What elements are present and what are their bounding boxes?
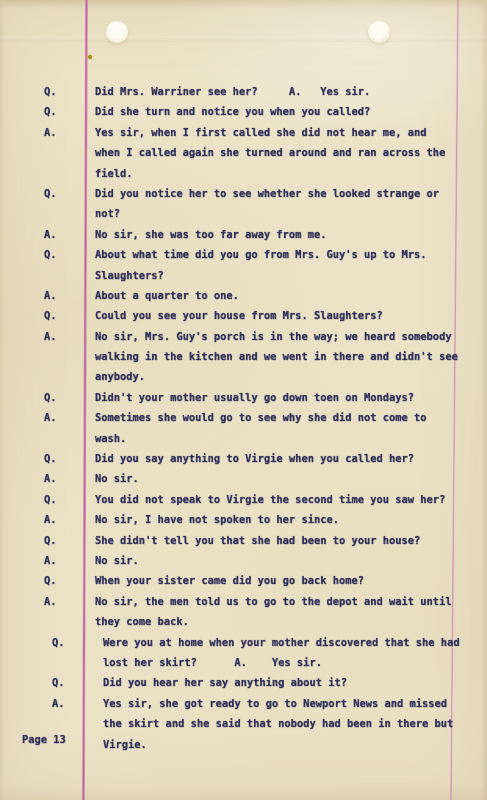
transcript-line: Q. Could you see your house from Mrs. Sl… xyxy=(44,306,468,326)
speaker-label xyxy=(44,204,95,224)
transcript-line: A. No sir, Mrs. Guy's porch is in the wa… xyxy=(44,327,468,347)
line-text: the skirt and she said that nobody had b… xyxy=(103,714,453,734)
speaker-label: A. xyxy=(44,408,95,428)
speaker-label xyxy=(44,612,95,632)
line-text: No sir. xyxy=(95,469,139,489)
transcript-line: field. xyxy=(44,164,468,184)
speaker-label xyxy=(44,429,95,449)
line-text: She didn't tell you that she had been to… xyxy=(95,531,420,551)
line-text: When your sister came did you go back ho… xyxy=(95,571,364,591)
transcript-line: Q. Were you at home when your mother dis… xyxy=(52,633,468,653)
transcript-line: A. No sir. xyxy=(44,551,468,571)
transcript-line: when I called again she turned around an… xyxy=(44,143,468,163)
line-text: No sir, I have not spoken to her since. xyxy=(95,510,339,530)
line-text: Virgie. xyxy=(103,735,147,755)
transcript-line: Q. Didn't your mother usually go down to… xyxy=(44,388,468,408)
line-text: they come back. xyxy=(95,612,189,632)
speaker-label xyxy=(44,347,95,367)
line-text: Sometimes she would go to see why she di… xyxy=(95,408,427,428)
transcript-line: Q. Did she turn and notice you when you … xyxy=(44,102,468,122)
transcript-line: A. No sir, she was too far away from me. xyxy=(44,225,468,245)
speaker-label xyxy=(44,143,95,163)
transcript-line: A. No sir, the men told us to go to the … xyxy=(44,592,468,612)
transcript-line: A. No sir, I have not spoken to her sinc… xyxy=(44,510,468,530)
line-text: Did you notice her to see whether she lo… xyxy=(95,184,439,204)
ink-speck xyxy=(88,55,92,59)
transcript-line: Q. When your sister came did you go back… xyxy=(44,571,468,591)
scanned-transcript-page: Q. Did Mrs. Warriner see her? A. Yes sir… xyxy=(0,0,487,800)
transcript-line: Q. She didn't tell you that she had been… xyxy=(44,531,468,551)
transcript-line: Virgie. xyxy=(52,735,468,755)
speaker-label xyxy=(44,266,95,286)
line-text: wash. xyxy=(95,429,126,449)
line-text: No sir, the men told us to go to the dep… xyxy=(95,592,452,612)
transcript-line: Q. Did you notice her to see whether she… xyxy=(44,184,468,204)
hole-punch-left xyxy=(106,21,128,43)
speaker-label: A. xyxy=(44,510,95,530)
speaker-label: Q. xyxy=(44,245,95,265)
speaker-label: Q. xyxy=(44,571,95,591)
line-text: About a quarter to one. xyxy=(95,286,239,306)
speaker-label: A. xyxy=(44,592,95,612)
line-text: not? xyxy=(95,204,120,224)
line-text: About what time did you go from Mrs. Guy… xyxy=(95,245,427,265)
transcript-line: A. About a quarter to one. xyxy=(44,286,468,306)
speaker-label xyxy=(44,367,95,387)
transcript-line: not? xyxy=(44,204,468,224)
speaker-label: Q. xyxy=(44,184,95,204)
transcript-line: Slaughters? xyxy=(44,266,468,286)
speaker-label: Q. xyxy=(44,449,95,469)
transcript-line: lost her skirt? A. Yes sir. xyxy=(52,653,468,673)
line-text: field. xyxy=(95,164,133,184)
line-text: Did you say anything to Virgie when you … xyxy=(95,449,414,469)
speaker-label: A. xyxy=(44,327,95,347)
line-text: Could you see your house from Mrs. Slaug… xyxy=(95,306,383,326)
line-text: Did Mrs. Warriner see her? A. Yes sir. xyxy=(95,82,370,102)
speaker-label: Q. xyxy=(44,102,95,122)
speaker-label: Q. xyxy=(44,531,95,551)
transcript-line: Q. You did not speak to Virgie the secon… xyxy=(44,490,468,510)
line-text: No sir, she was too far away from me. xyxy=(95,225,326,245)
speaker-label: Q. xyxy=(44,82,95,102)
speaker-label: A. xyxy=(44,551,95,571)
speaker-label xyxy=(44,164,95,184)
speaker-label: A. xyxy=(52,694,103,714)
transcript-line: Q. Did Mrs. Warriner see her? A. Yes sir… xyxy=(44,82,468,102)
speaker-label: Q. xyxy=(44,490,95,510)
line-text: Did she turn and notice you when you cal… xyxy=(95,102,370,122)
transcript-line: walking in the kitchen and we went in th… xyxy=(44,347,468,367)
line-text: Slaughters? xyxy=(95,266,164,286)
speaker-label: Q. xyxy=(52,673,103,693)
line-text: No sir. xyxy=(95,551,139,571)
line-text: anybody. xyxy=(95,367,145,387)
transcript-line: anybody. xyxy=(44,367,468,387)
transcript-lines: Q. Did Mrs. Warriner see her? A. Yes sir… xyxy=(44,82,468,755)
speaker-label: Q. xyxy=(52,633,103,653)
speaker-label: Q. xyxy=(44,306,95,326)
transcript-line: Q. Did you say anything to Virgie when y… xyxy=(44,449,468,469)
line-text: You did not speak to Virgie the second t… xyxy=(95,490,445,510)
line-text: Didn't your mother usually go down toen … xyxy=(95,388,414,408)
line-text: Did you hear her say anything about it? xyxy=(103,673,347,693)
page-number-label: Page 13 xyxy=(22,730,66,750)
transcript-line: A. Sometimes she would go to see why she… xyxy=(44,408,468,428)
transcript-line: wash. xyxy=(44,429,468,449)
hole-punch-right xyxy=(368,21,390,43)
transcript-line: Q. About what time did you go from Mrs. … xyxy=(44,245,468,265)
transcript-line: A. No sir. xyxy=(44,469,468,489)
line-text: walking in the kitchen and we went in th… xyxy=(95,347,458,367)
transcript-line: they come back. xyxy=(44,612,468,632)
line-text: Were you at home when your mother discov… xyxy=(103,633,460,653)
line-text: when I called again she turned around an… xyxy=(95,143,445,163)
transcript-line: A. Yes sir, she got ready to go to Newpo… xyxy=(52,694,468,714)
speaker-label xyxy=(52,653,103,673)
transcript-line: the skirt and she said that nobody had b… xyxy=(52,714,468,734)
speaker-label: A. xyxy=(44,225,95,245)
line-text: Yes sir, when I first called she did not… xyxy=(95,123,427,143)
transcript-line: Q. Did you hear her say anything about i… xyxy=(52,673,468,693)
speaker-label: A. xyxy=(44,123,95,143)
paper-edge-artifact xyxy=(0,36,487,42)
speaker-label: Q. xyxy=(44,388,95,408)
line-text: No sir, Mrs. Guy's porch is in the way; … xyxy=(95,327,452,347)
speaker-label: A. xyxy=(44,286,95,306)
speaker-label: A. xyxy=(44,469,95,489)
line-text: Yes sir, she got ready to go to Newport … xyxy=(103,694,447,714)
transcript-line: A. Yes sir, when I first called she did … xyxy=(44,123,468,143)
line-text: lost her skirt? A. Yes sir. xyxy=(103,653,322,673)
